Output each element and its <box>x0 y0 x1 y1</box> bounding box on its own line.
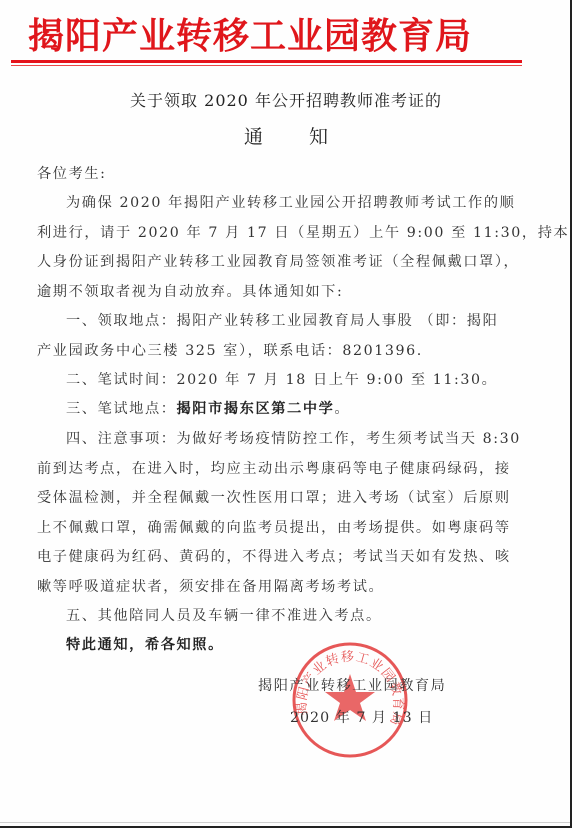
item-5-text: 五、其他陪同人员及车辆一律不准进入考点。 <box>37 602 507 632</box>
item-1-line: 一、领取地点：揭阳产业转移工业园教育局人事股 （即：揭阳 <box>37 307 507 337</box>
signature-org: 揭阳产业转移工业园教育局 <box>258 675 446 695</box>
intro-paragraph: 为确保 2020 年揭阳产业转移工业园公开招聘教师考试工作的顺 利进行，请于 2… <box>37 189 507 307</box>
closing-text: 特此通知，希各知照。 <box>37 631 507 661</box>
item-4-line: 前到达考点，在进入时，均应主动出示粤康码等电子健康码绿码，接 <box>37 455 507 485</box>
item-3-exam-location: 三、笔试地点：揭阳市揭东区第二中学。 <box>37 395 507 425</box>
intro-line: 利进行，请于 2020 年 7 月 17 日（星期五）上午 9:00 至 11:… <box>37 219 507 249</box>
item-3-end: 。 <box>334 401 350 417</box>
item-3-label: 三、笔试地点： <box>66 401 177 417</box>
item-1-line: 产业园政务中心三楼 325 室），联系电话：8201396. <box>37 337 507 367</box>
closing: 特此通知，希各知照。 <box>37 631 507 661</box>
item-3-value: 揭阳市揭东区第二中学 <box>177 401 335 417</box>
intro-line: 逾期不领取者视为自动放弃。具体通知如下: <box>37 278 507 308</box>
document-page: 揭阳产业转移工业园教育局 关于领取 2020 年公开招聘教师准考证的 通 知 各… <box>0 0 572 828</box>
red-header-rule <box>11 60 522 63</box>
item-4-line: 四、注意事项：为做好考场疫情防控工作，考生须考试当天 8:30 <box>37 425 507 455</box>
red-header-rule-thin <box>11 65 522 66</box>
page-bottom-rule <box>0 822 570 823</box>
item-1-pickup-location: 一、领取地点：揭阳产业转移工业园教育局人事股 （即：揭阳 产业园政务中心三楼 3… <box>37 307 507 366</box>
signature-date: 2020 年 7 月 13 日 <box>290 707 433 727</box>
item-5-no-companions: 五、其他陪同人员及车辆一律不准进入考点。 <box>37 602 507 632</box>
item-4-line: 电子健康码为红码、黄码的，不得进入考点；考试当天如有发热、咳 <box>37 543 507 573</box>
intro-line: 人身份证到揭阳产业转移工业园教育局签领准考证（全程佩戴口罩）， <box>37 248 507 278</box>
item-4-precautions: 四、注意事项：为做好考场疫情防控工作，考生须考试当天 8:30 前到达考点，在进… <box>37 425 507 602</box>
item-4-line: 上不佩戴口罩，确需佩戴的向监考员提出，由考场提供。如粤康码等 <box>37 514 507 544</box>
masthead-org-name: 揭阳产业转移工业园教育局 <box>28 8 498 59</box>
item-4-line: 受体温检测，并全程佩戴一次性医用口罩；进入考场（试室）后原则 <box>37 484 507 514</box>
intro-line: 为确保 2020 年揭阳产业转移工业园公开招聘教师考试工作的顺 <box>37 189 507 219</box>
notice-title: 通 知 <box>0 122 572 149</box>
item-2-text: 二、笔试时间：2020 年 7 月 18 日上午 9:00 至 11:30。 <box>37 366 507 396</box>
notice-subtitle: 关于领取 2020 年公开招聘教师准考证的 <box>0 88 572 111</box>
salutation: 各位考生: <box>37 160 507 190</box>
official-seal-icon: 揭阳产业转移工业园教育局 <box>290 640 410 760</box>
item-4-line: 嗽等呼吸道症状者，须安排在备用隔离考场考试。 <box>37 573 507 603</box>
item-2-exam-time: 二、笔试时间：2020 年 7 月 18 日上午 9:00 至 11:30。 <box>37 366 507 396</box>
salutation-text: 各位考生: <box>37 160 507 190</box>
